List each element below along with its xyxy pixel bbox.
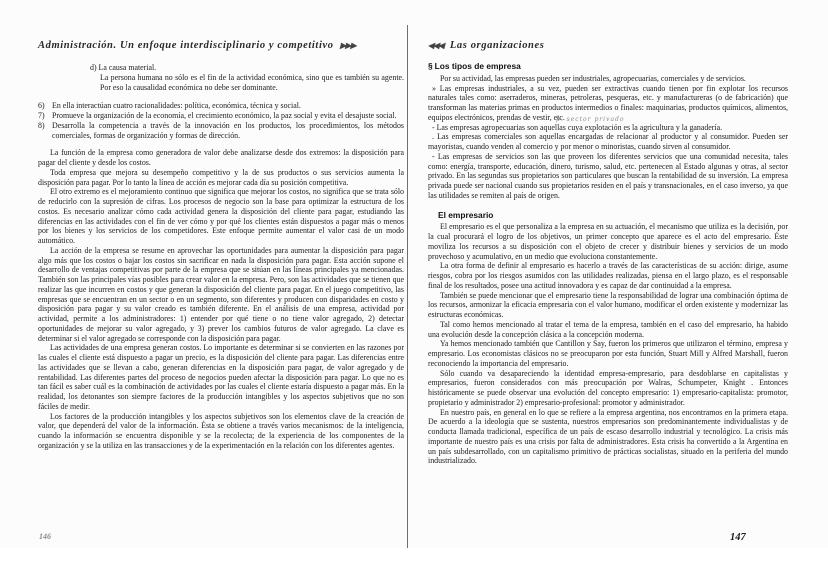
section-heading-text: Los tipos de empresa <box>435 61 521 71</box>
paragraph: Ya hemos mencionado también que Cantillo… <box>428 339 788 368</box>
bullet-paragraph: - Las empresas agropecuarias son aquella… <box>428 123 788 133</box>
right-arrows-icon: ▶▶▶ <box>340 41 355 50</box>
list-item: 8) Desarrolla la competencia a través de… <box>38 121 404 141</box>
paragraph: Las actividades de una empresa generan c… <box>38 343 404 411</box>
paragraph: También se puede mencionar que el empres… <box>428 291 788 320</box>
left-running-head-title: Administración. Un enfoque interdiscipli… <box>38 40 334 51</box>
paragraph: La acción de la empresa se resume en apr… <box>38 246 404 344</box>
bottom-margin <box>0 548 828 585</box>
book-spread: Administración. Un enfoque interdiscipli… <box>0 0 828 585</box>
section-mark-icon: § <box>428 61 433 71</box>
bullet-text: Las empresas de servicios son las que pr… <box>428 152 788 200</box>
left-arrows-icon: ◀◀◀ <box>428 41 443 50</box>
left-running-head: Administración. Un enfoque interdiscipli… <box>38 40 356 51</box>
list-item: 7) Promueve la organización de la econom… <box>38 111 404 121</box>
list-item: 6) En ella interactúan cuatro racionalid… <box>38 101 404 111</box>
left-body-text: d) La causa material. La persona humana … <box>38 63 404 451</box>
bullet-text: Las empresas comerciales son aquellas en… <box>428 132 788 151</box>
left-page-number: 146 <box>39 532 51 541</box>
list-item-number: 8) <box>38 121 52 141</box>
page-gutter-divider <box>407 25 408 550</box>
paragraph: El otro extremo es el mejoramiento conti… <box>38 187 404 246</box>
paragraph: Los factores de la producción intangible… <box>38 412 404 451</box>
paragraph: Toda empresa que mejora su desempeño com… <box>38 168 404 188</box>
sub-item-d-label: d) La causa material. <box>90 63 404 73</box>
list-item-number: 7) <box>38 111 52 121</box>
list-item-number: 6) <box>38 101 52 111</box>
paragraph: Por su actividad, las empresas pueden se… <box>428 74 788 84</box>
list-item-text: En ella interactúan cuatro racionalidade… <box>52 101 404 111</box>
bullet-paragraph: . Las empresas comerciales son aquellas … <box>428 132 788 152</box>
paragraph: El empresario es el que personaliza a la… <box>428 222 788 261</box>
paragraph: Tal como hemos mencionado al tratar el t… <box>428 320 788 340</box>
paragraph: La otra forma de definir al empresario e… <box>428 261 788 290</box>
numbered-list: 6) En ella interactúan cuatro racionalid… <box>38 101 404 140</box>
right-page-number: 147 <box>730 532 746 543</box>
paragraph: La función de la empresa como generadora… <box>38 148 404 168</box>
sub-item-d-body: La persona humana no sólo es el fin de l… <box>100 73 404 93</box>
bullet-text: Las empresas agropecuarias son aquellas … <box>437 123 722 132</box>
section-heading-empresario: El empresario <box>438 211 788 221</box>
right-running-head-title: Las organizaciones <box>450 40 545 51</box>
list-item-text: Promueve la organización de la economía,… <box>52 111 404 121</box>
section-heading-tipos: §Los tipos de empresa <box>428 62 788 72</box>
right-running-head: ◀◀◀ Las organizaciones <box>428 40 544 51</box>
paragraph: Sólo cuando va desapareciendo la identid… <box>428 369 788 408</box>
paragraph: En nuestro país, en general en lo que se… <box>428 408 788 467</box>
handwritten-annotation: p. sector privado <box>556 116 625 123</box>
bullet-paragraph: - Las empresas de servicios son las que … <box>428 152 788 201</box>
list-item-text: Desarrolla la competencia a través de la… <box>52 121 404 141</box>
